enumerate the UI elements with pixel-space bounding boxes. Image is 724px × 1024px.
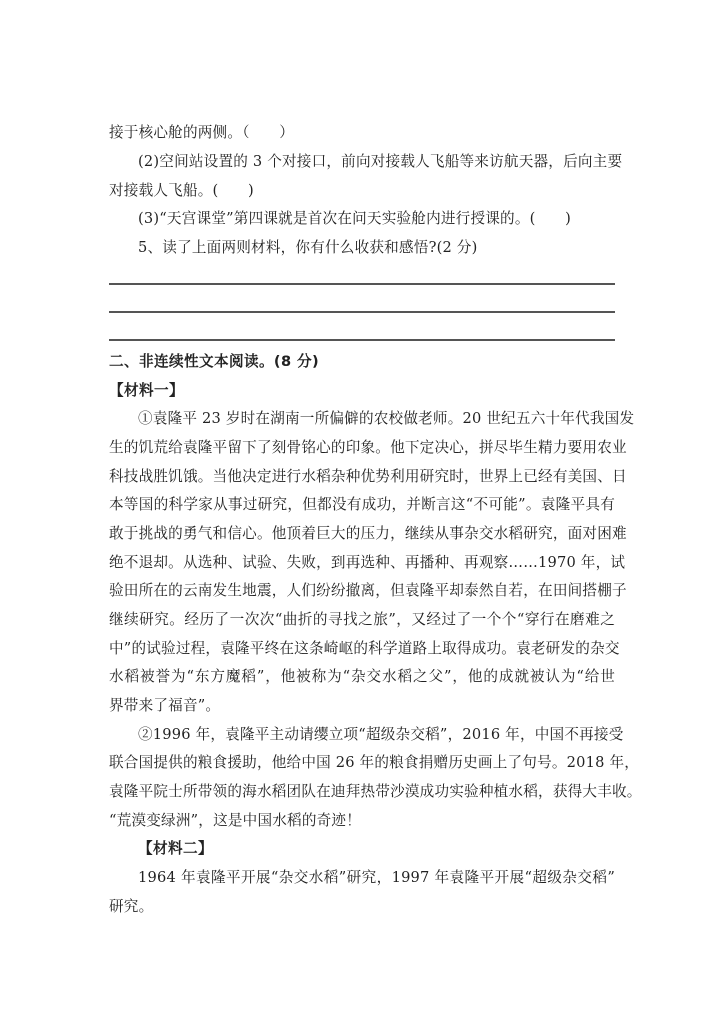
- material-1-line: 验田所在的云南发生地震，人们纷纷撤离，但袁隆平却泰然自若，在田间搭棚子: [109, 581, 615, 601]
- material-1-line: 本等国的科学家从事过研究，但都没有成功，并断言这“不可能”。袁隆平具有: [109, 495, 615, 515]
- question-item-2-line-1: (2)空间站设置的 3 个对接口，前向对接载人飞船等来访航天器，后向主要: [138, 152, 615, 172]
- material-1-line: ②1996 年，袁隆平主动请缨立项“超级杂交稻”，2016 年，中国不再接受: [138, 725, 615, 745]
- material-2-line: 研究。: [109, 897, 153, 917]
- material-1-line: 敢于挑战的勇气和信心。他顶着巨大的压力，继续从事杂交水稻研究，面对困难: [109, 524, 615, 544]
- question-item-2-line-2: 对接载人飞船。( ): [109, 181, 254, 201]
- answer-line-2[interactable]: [109, 311, 615, 313]
- answer-line-1[interactable]: [109, 283, 615, 285]
- material-1-line: 袁隆平院士所带领的海水稻团队在迪拜热带沙漠成功实验种植水稻，获得大丰收。: [109, 782, 615, 802]
- material-1-line: 界带来了福音”。: [109, 696, 220, 716]
- material-1-line: 联合国提供的粮食援助，他给中国 26 年的粮食捐赠历史画上了句号。2018 年，: [109, 753, 615, 773]
- material-1-line: 科技战胜饥饿。当他决定进行水稻杂种优势利用研究时，世界上已经有美国、日: [109, 467, 615, 487]
- material-1-line: 水稻被誉为“东方魔稻”，他被称为“杂交水稻之父”，他的成就被认为“给世: [109, 667, 615, 687]
- question-item-3: (3)“天宫课堂”第四课就是首次在问天实验舱内进行授课的。( ): [138, 209, 571, 229]
- material-2-title: 【材料二】: [138, 839, 213, 859]
- question-5: 5、读了上面两则材料，你有什么收获和感悟?(2 分): [138, 238, 478, 258]
- material-1-line: 生的饥荒给袁隆平留下了刻骨铭心的印象。他下定决心，拼尽毕生精力要用农业: [109, 438, 615, 458]
- material-1-title: 【材料一】: [109, 381, 184, 401]
- material-1-line: 继续研究。经历了一次次“曲折的寻找之旅”，又经过了一个个“穿行在磨难之: [109, 610, 615, 630]
- material-1-line: “荒漠变绿洲”，这是中国水稻的奇迹！: [109, 811, 361, 831]
- material-1-line: ①袁隆平 23 岁时在湖南一所偏僻的农校做老师。20 世纪五六十年代我国发: [138, 409, 615, 429]
- material-1-line: 中”的试验过程，袁隆平终在这条崎岖的科学道路上取得成功。袁老研发的杂交: [109, 639, 615, 659]
- section-2-heading: 二、非连续性文本阅读。(8 分): [109, 352, 319, 372]
- material-2-line: 1964 年袁隆平开展“杂交水稻”研究，1997 年袁隆平开展“超级杂交稻”: [138, 868, 615, 888]
- answer-line-3[interactable]: [109, 339, 615, 341]
- question-continued-line: 接于核心舱的两侧。（ ）: [109, 123, 294, 143]
- material-1-line: 绝不退却。从选种、试验、失败，到再选种、再播种、再观察……1970 年，试: [109, 553, 615, 573]
